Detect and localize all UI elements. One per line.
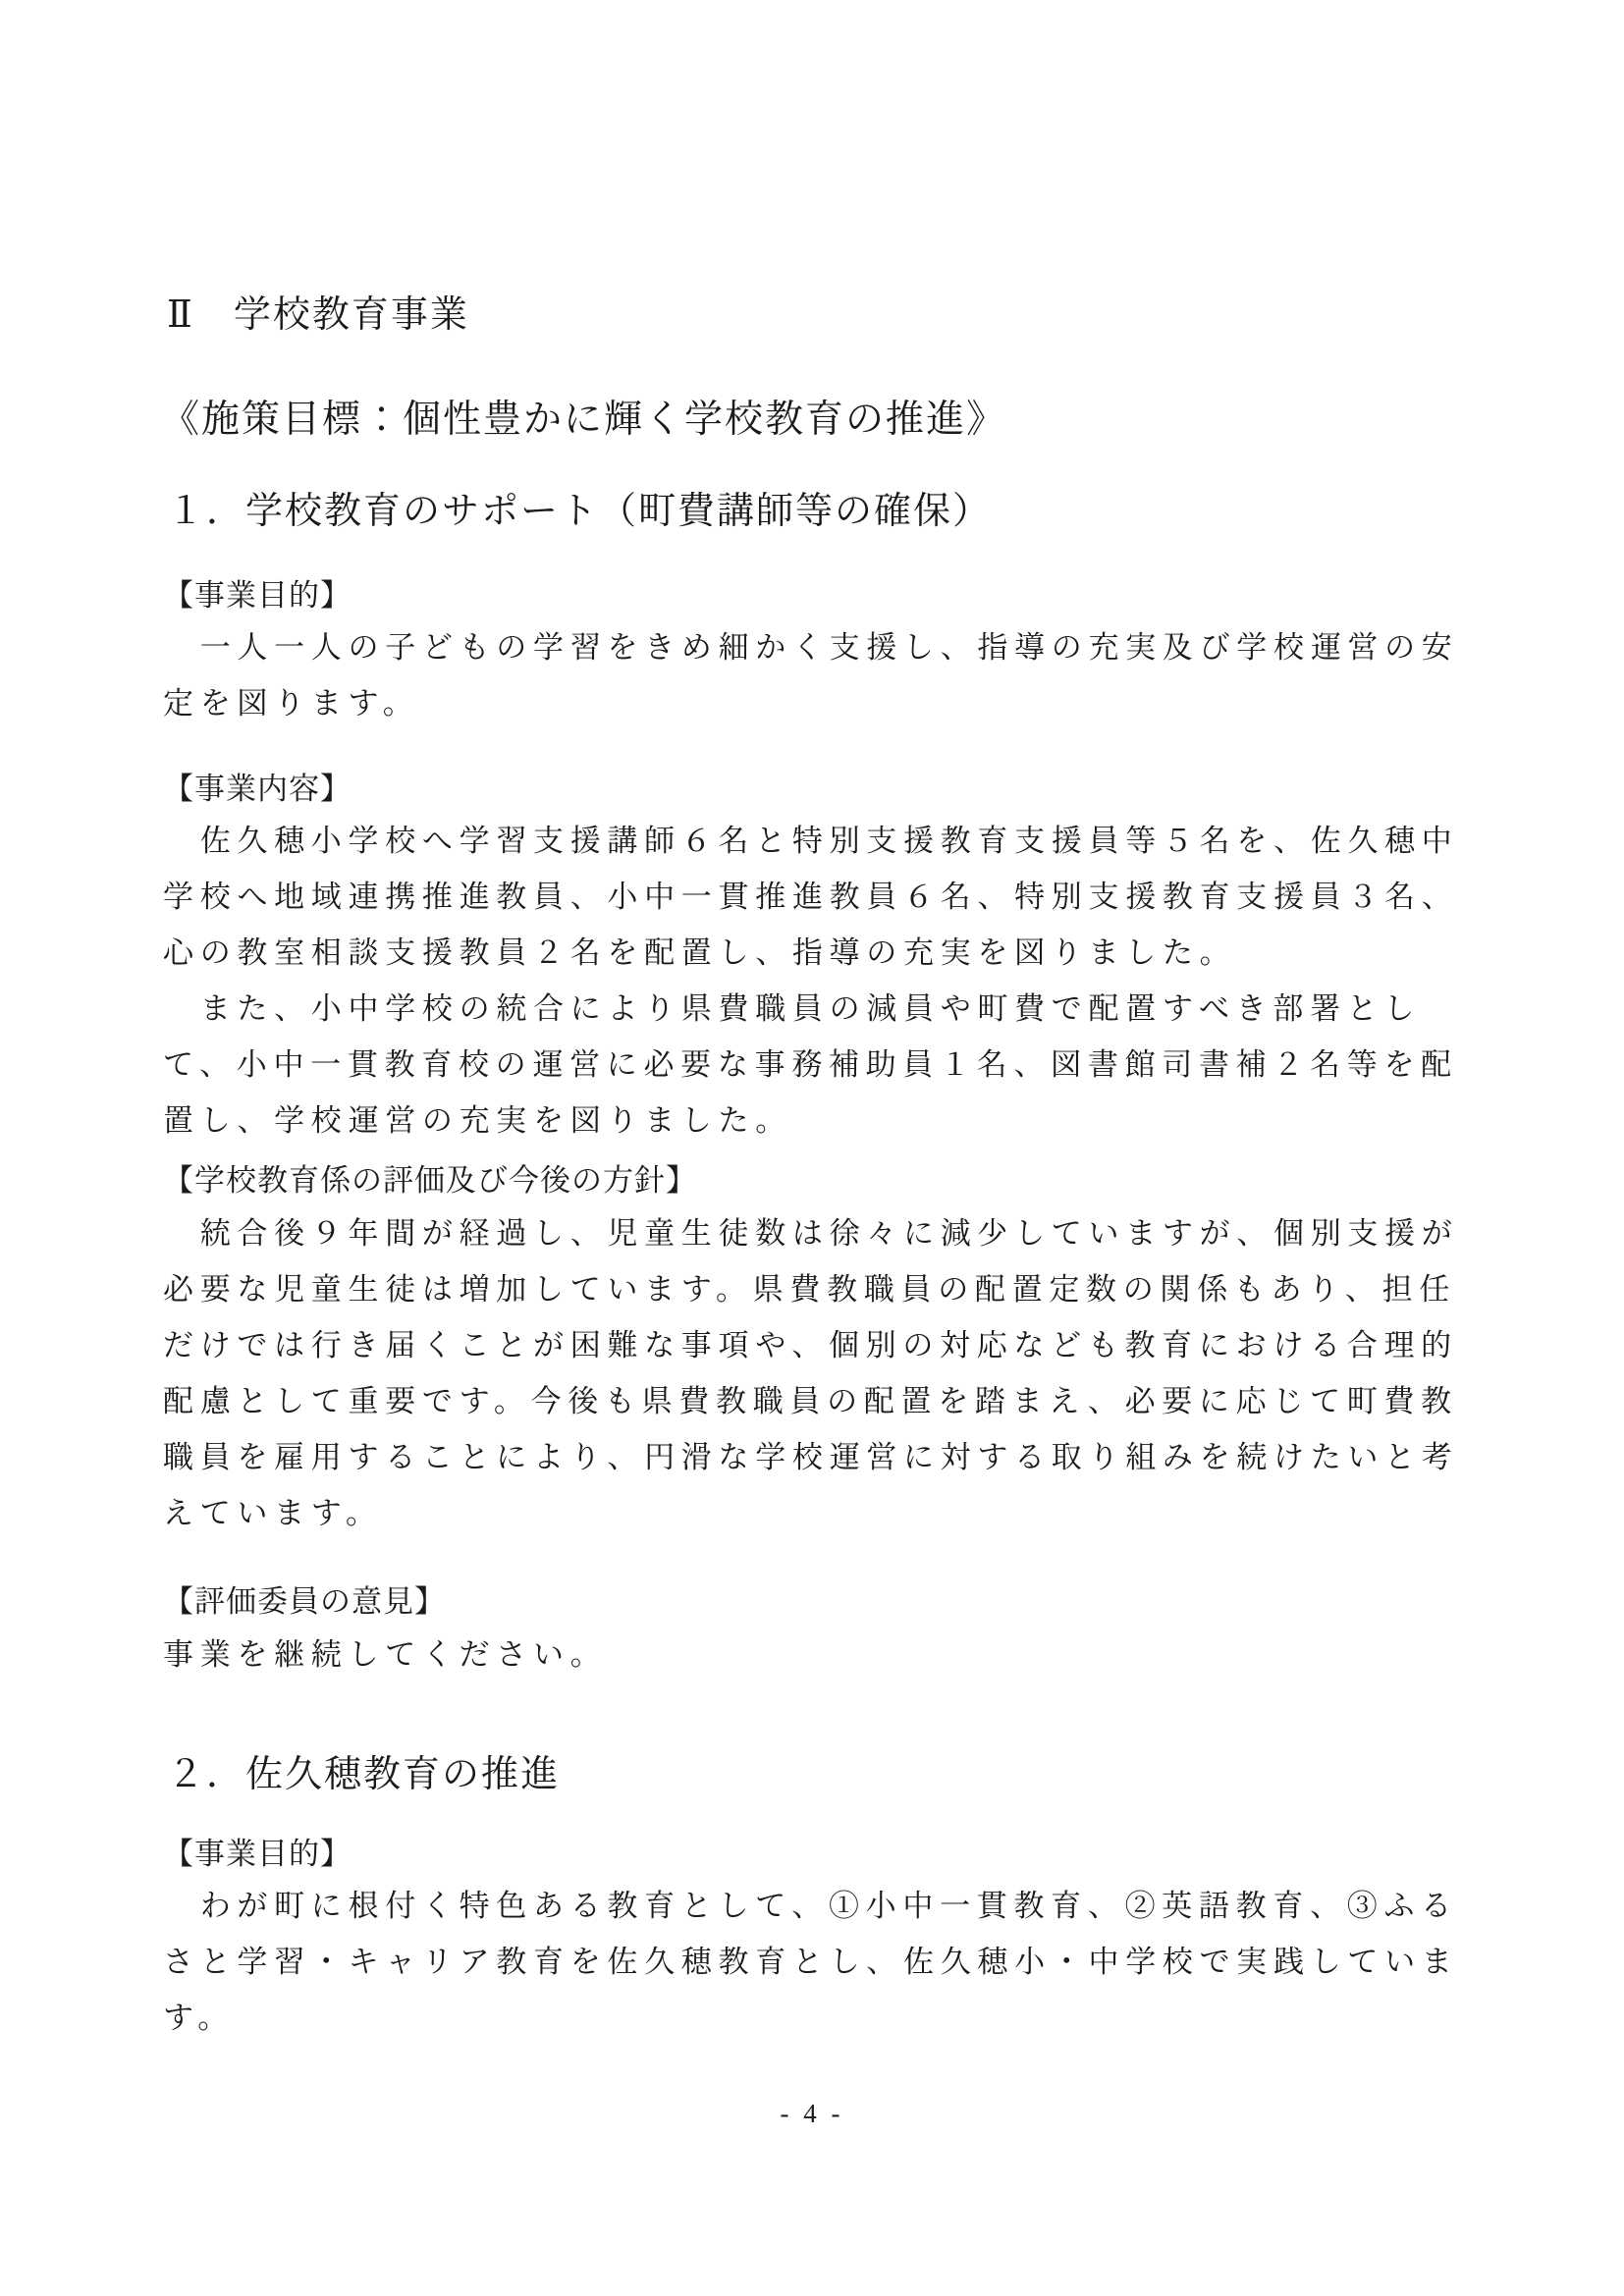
section1-purpose-label: 【事業目的】 [163, 576, 352, 615]
section1-committee-paragraph: 事業を継続してください。 [163, 1627, 1498, 1682]
section1-committee-label: 【評価委員の意見】 [163, 1582, 446, 1622]
section1-content-paragraph-2: また、小中学校の統合により県費職員の減員や町費で配置すべき部署とし て、小中一貫… [163, 981, 1498, 1148]
section1-content-label: 【事業内容】 [163, 770, 352, 809]
section1-content-paragraph-1: 佐久穂小学校へ学習支援講師６名と特別支援教育支援員等５名を、佐久穂中 学校へ地域… [163, 813, 1498, 981]
section1-purpose-paragraph: 一人一人の子どもの学習をきめ細かく支援し、指導の充実及び学校運営の安 定を図りま… [163, 619, 1498, 731]
section1-evaluation-label: 【学校教育係の評価及び今後の方針】 [163, 1161, 697, 1201]
section1-heading: １．学校教育のサポート（町費講師等の確保） [167, 490, 992, 535]
policy-goal-heading: 《施策目標：個性豊かに輝く学校教育の推進》 [161, 398, 1006, 444]
chapter-heading: Ⅱ 学校教育事業 [167, 294, 469, 339]
section1-evaluation-paragraph: 統合後９年間が経過し、児童生徒数は徐々に減少していますが、個別支援が 必要な児童… [163, 1205, 1498, 1541]
page-number: - 4 - [0, 2099, 1624, 2129]
document-page: Ⅱ 学校教育事業 《施策目標：個性豊かに輝く学校教育の推進》 １．学校教育のサポ… [0, 0, 1624, 2296]
section2-purpose-paragraph: わが町に根付く特色ある教育として、①小中一貫教育、②英語教育、③ふる さと学習・… [163, 1878, 1498, 2046]
section2-heading: ２．佐久穂教育の推進 [167, 1753, 560, 1798]
section2-purpose-label: 【事業目的】 [163, 1835, 352, 1874]
